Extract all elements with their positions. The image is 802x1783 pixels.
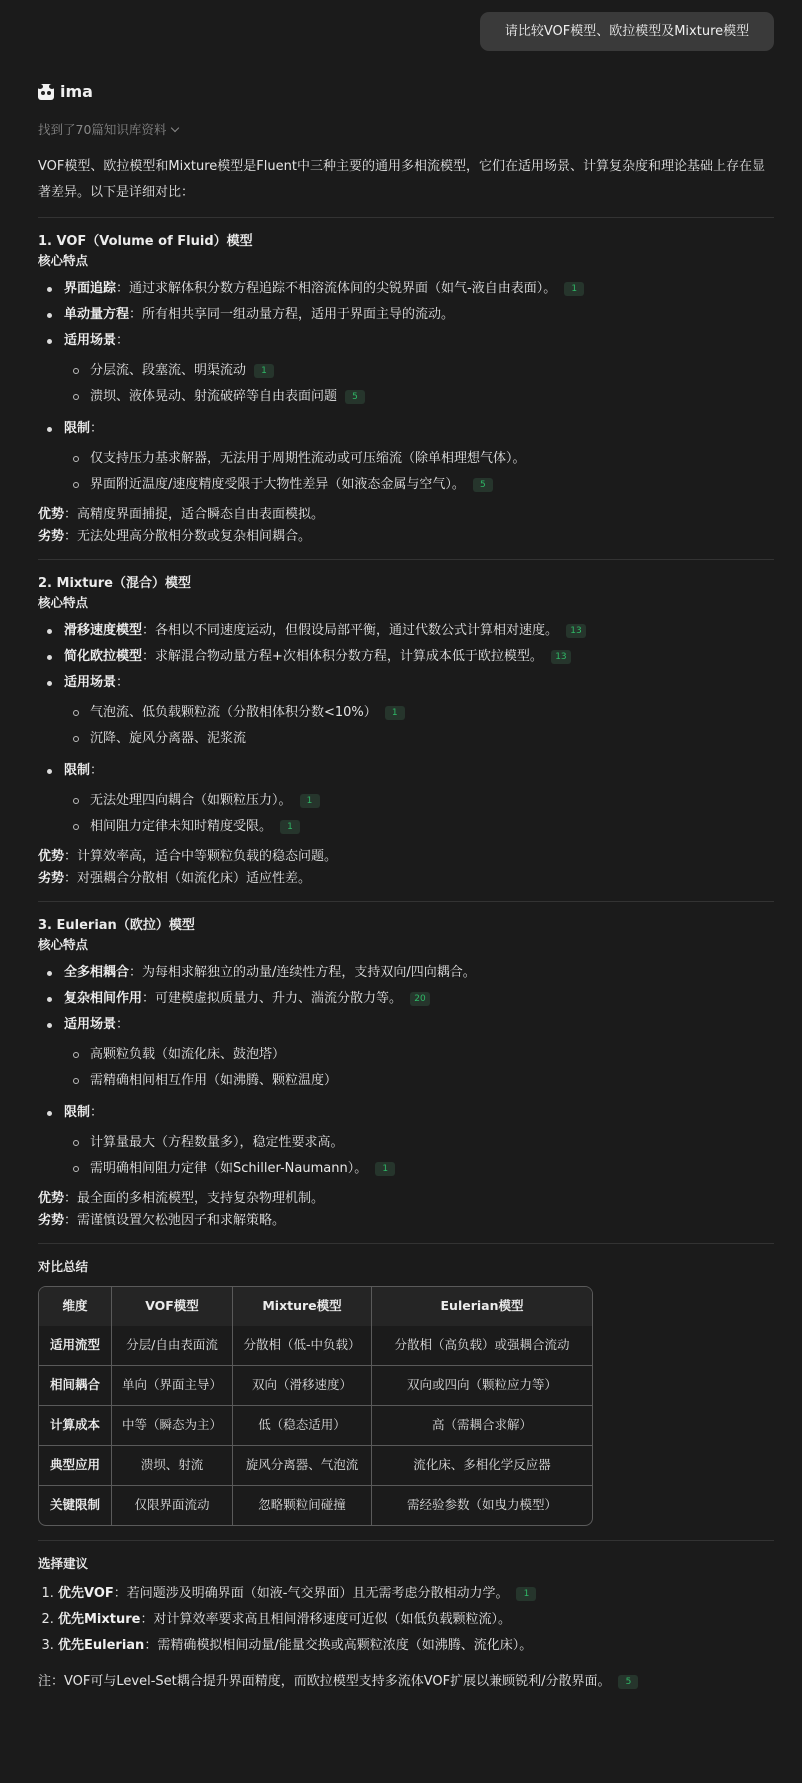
- summary-title: 对比总结: [38, 1258, 774, 1276]
- cons-label: 劣势: [38, 1213, 64, 1228]
- limit-item: 无法处理四向耦合（如颗粒压力）。1: [64, 788, 774, 814]
- divider: [38, 217, 774, 218]
- limits-item: 限制：无法处理四向耦合（如颗粒压力）。1相间阻力定律未知时精度受限。1: [38, 758, 774, 840]
- table-header-cell: Mixture模型: [233, 1287, 372, 1326]
- knowledge-base-count: 找到了70篇知识库资料: [38, 121, 166, 140]
- feature-list: 界面追踪：通过求解体积分数方程追踪不相溶流体间的尖锐界面（如气-液自由表面）。1…: [38, 276, 774, 498]
- feature-text: ：所有相共享同一组动量方程，适用于界面主导的流动。: [129, 307, 454, 322]
- scenarios-item: 适用场景：高颗粒负载（如流化床、鼓泡塔）需精确相间相互作用（如沸腾、颗粒温度）: [38, 1012, 774, 1094]
- table-cell: 旋风分离器、气泡流: [233, 1446, 372, 1486]
- scenarios-list: 分层流、段塞流、明渠流动1溃坝、液体晃动、射流破碎等自由表面问题5: [64, 358, 774, 410]
- divider: [38, 1540, 774, 1541]
- feature-label: 单动量方程: [64, 307, 129, 322]
- limits-item: 限制：仅支持压力基求解器，无法用于周期性流动或可压缩流（除单相理想气体）。界面附…: [38, 416, 774, 498]
- limit-text: 界面附近温度/速度精度受限于大物性差异（如液态金属与空气）。: [90, 477, 465, 492]
- citation-badge[interactable]: 1: [564, 282, 584, 296]
- divider: [38, 559, 774, 560]
- note-paragraph: 注：VOF可与Level-Set耦合提升界面精度，而欧拉模型支持多流体VOF扩展…: [38, 1669, 774, 1695]
- recommendation-item: 优先Eulerian：需精确模拟相间动量/能量交换或高颗粒浓度（如沸腾、流化床）…: [58, 1633, 774, 1659]
- table-cell: 忽略颗粒间碰撞: [233, 1486, 372, 1525]
- recommendations-title: 选择建议: [38, 1555, 774, 1573]
- pros-line: 优势：计算效率高，适合中等颗粒负载的稳态问题。: [38, 846, 774, 868]
- feature-item: 复杂相间作用：可建模虚拟质量力、升力、湍流分散力等。20: [38, 986, 774, 1012]
- section-title: 3. Eulerian（欧拉）模型: [38, 916, 774, 936]
- recommendation-item: 优先Mixture：对计算效率要求高且相间滑移速度可近似（如低负载颗粒流）。: [58, 1607, 774, 1633]
- scenarios-label: 适用场景: [64, 675, 116, 690]
- recommendation-text: ：若问题涉及明确界面（如液-气交界面）且无需考虑分散相动力学。: [114, 1586, 509, 1601]
- table-row-header: 典型应用: [39, 1446, 112, 1486]
- table-cell: 分层/自由表面流: [112, 1326, 233, 1366]
- table-cell: 流化床、多相化学反应器: [372, 1446, 592, 1486]
- pros-text: ：计算效率高，适合中等颗粒负载的稳态问题。: [64, 849, 337, 864]
- pros-text: ：最全面的多相流模型，支持复杂物理机制。: [64, 1191, 324, 1206]
- citation-badge[interactable]: 1: [385, 706, 405, 720]
- chevron-down-icon: [171, 124, 179, 132]
- table-cell: 高（需耦合求解）: [372, 1406, 592, 1446]
- table-cell: 分散相（低-中负载）: [233, 1326, 372, 1366]
- citation-badge[interactable]: 13: [566, 624, 586, 638]
- table-cell: 双向（滑移速度）: [233, 1366, 372, 1406]
- model-section: 3. Eulerian（欧拉）模型核心特点全多相耦合：为每相求解独立的动量/连续…: [38, 901, 774, 1232]
- section-title: 1. VOF（Volume of Fluid）模型: [38, 232, 774, 252]
- scenario-text: 高颗粒负载（如流化床、鼓泡塔）: [90, 1047, 285, 1062]
- assistant-header: ima: [38, 80, 774, 104]
- limit-text: 相间阻力定律未知时精度受限。: [90, 819, 272, 834]
- citation-badge[interactable]: 1: [254, 364, 274, 378]
- pros-label: 优势: [38, 849, 64, 864]
- intro-paragraph: VOF模型、欧拉模型和Mixture模型是Fluent中三种主要的通用多相流模型…: [38, 154, 774, 206]
- feature-item: 简化欧拉模型：求解混合物动量方程+次相体积分数方程，计算成本低于欧拉模型。13: [38, 644, 774, 670]
- cons-label: 劣势: [38, 529, 64, 544]
- pros-text: ：高精度界面捕捉，适合瞬态自由表面模拟。: [64, 507, 324, 522]
- cons-label: 劣势: [38, 871, 64, 886]
- limit-text: 需明确相间阻力定律（如Schiller-Naumann）。: [90, 1161, 367, 1176]
- limit-item: 计算量最大（方程数量多），稳定性要求高。: [64, 1130, 774, 1156]
- scenarios-label: 适用场景: [64, 1017, 116, 1032]
- limit-item: 需明确相间阻力定律（如Schiller-Naumann）。1: [64, 1156, 774, 1182]
- table-cell: 分散相（高负载）或强耦合流动: [372, 1326, 592, 1366]
- recommendation-item: 优先VOF：若问题涉及明确界面（如液-气交界面）且无需考虑分散相动力学。1: [58, 1581, 774, 1607]
- feature-label: 复杂相间作用: [64, 991, 142, 1006]
- table-row: 计算成本中等（瞬态为主）低（稳态适用）高（需耦合求解）: [39, 1406, 592, 1446]
- cons-line: 劣势：对强耦合分散相（如流化床）适应性差。: [38, 868, 774, 890]
- scenario-item: 溃坝、液体晃动、射流破碎等自由表面问题5: [64, 384, 774, 410]
- table-header-cell: VOF模型: [112, 1287, 233, 1326]
- pros-label: 优势: [38, 1191, 64, 1206]
- model-section: 2. Mixture（混合）模型核心特点滑移速度模型：各相以不同速度运动，但假设…: [38, 559, 774, 890]
- recommendation-label: 优先VOF: [58, 1586, 114, 1601]
- limit-item: 仅支持压力基求解器，无法用于周期性流动或可压缩流（除单相理想气体）。: [64, 446, 774, 472]
- limits-label: 限制: [64, 1105, 90, 1120]
- citation-badge[interactable]: 1: [300, 794, 320, 808]
- assistant-name: ima: [60, 80, 93, 104]
- assistant-response: ima 找到了70篇知识库资料 VOF模型、欧拉模型和Mixture模型是Flu…: [38, 80, 774, 1695]
- section-subtitle: 核心特点: [38, 594, 774, 612]
- limits-list: 仅支持压力基求解器，无法用于周期性流动或可压缩流（除单相理想气体）。界面附近温度…: [64, 446, 774, 498]
- user-message-text: 请比较VOF模型、欧拉模型及Mixture模型: [505, 22, 749, 42]
- citation-badge[interactable]: 5: [473, 478, 493, 492]
- scenario-item: 气泡流、低负载颗粒流（分散相体积分数<10%）1: [64, 700, 774, 726]
- citation-badge[interactable]: 1: [280, 820, 300, 834]
- pros-line: 优势：高精度界面捕捉，适合瞬态自由表面模拟。: [38, 504, 774, 526]
- limits-item: 限制：计算量最大（方程数量多），稳定性要求高。需明确相间阻力定律（如Schill…: [38, 1100, 774, 1182]
- scenarios-item: 适用场景：分层流、段塞流、明渠流动1溃坝、液体晃动、射流破碎等自由表面问题5: [38, 328, 774, 410]
- table-row-header: 相间耦合: [39, 1366, 112, 1406]
- citation-badge[interactable]: 13: [551, 650, 571, 664]
- table-cell: 低（稳态适用）: [233, 1406, 372, 1446]
- table-row: 典型应用溃坝、射流旋风分离器、气泡流流化床、多相化学反应器: [39, 1446, 592, 1486]
- model-section: 1. VOF（Volume of Fluid）模型核心特点界面追踪：通过求解体积…: [38, 217, 774, 548]
- limits-label: 限制: [64, 763, 90, 778]
- recommendations-list: 优先VOF：若问题涉及明确界面（如液-气交界面）且无需考虑分散相动力学。1优先M…: [38, 1581, 774, 1659]
- feature-text: ：求解混合物动量方程+次相体积分数方程，计算成本低于欧拉模型。: [142, 649, 543, 664]
- limits-label: 限制: [64, 421, 90, 436]
- section-subtitle: 核心特点: [38, 936, 774, 954]
- table-header-cell: Eulerian模型: [372, 1287, 592, 1326]
- scenario-item: 需精确相间相互作用（如沸腾、颗粒温度）: [64, 1068, 774, 1094]
- cons-text: ：对强耦合分散相（如流化床）适应性差。: [64, 871, 311, 886]
- scenarios-list: 气泡流、低负载颗粒流（分散相体积分数<10%）1沉降、旋风分离器、泥浆流: [64, 700, 774, 752]
- feature-item: 单动量方程：所有相共享同一组动量方程，适用于界面主导的流动。: [38, 302, 774, 328]
- limit-text: 无法处理四向耦合（如颗粒压力）。: [90, 793, 292, 808]
- pros-label: 优势: [38, 507, 64, 522]
- note-text: 注：VOF可与Level-Set耦合提升界面精度，而欧拉模型支持多流体VOF扩展…: [38, 1674, 610, 1689]
- feature-item: 界面追踪：通过求解体积分数方程追踪不相溶流体间的尖锐界面（如气-液自由表面）。1: [38, 276, 774, 302]
- scenario-item: 高颗粒负载（如流化床、鼓泡塔）: [64, 1042, 774, 1068]
- scenario-text: 沉降、旋风分离器、泥浆流: [90, 731, 246, 746]
- feature-text: ：为每相求解独立的动量/连续性方程，支持双向/四向耦合。: [129, 965, 476, 980]
- table-cell: 仅限界面流动: [112, 1486, 233, 1525]
- scenario-text: 分层流、段塞流、明渠流动: [90, 363, 246, 378]
- citation-badge[interactable]: 1: [375, 1162, 395, 1176]
- limit-text: 仅支持压力基求解器，无法用于周期性流动或可压缩流（除单相理想气体）。: [90, 451, 526, 466]
- table-row-header: 适用流型: [39, 1326, 112, 1366]
- scenarios-list: 高颗粒负载（如流化床、鼓泡塔）需精确相间相互作用（如沸腾、颗粒温度）: [64, 1042, 774, 1094]
- section-title: 2. Mixture（混合）模型: [38, 574, 774, 594]
- citation-badge[interactable]: 5: [618, 1675, 638, 1689]
- comparison-table: 维度 VOF模型 Mixture模型 Eulerian模型 适用流型分层/自由表…: [38, 1286, 593, 1526]
- limit-item: 界面附近温度/速度精度受限于大物性差异（如液态金属与空气）。5: [64, 472, 774, 498]
- scenario-text: 溃坝、液体晃动、射流破碎等自由表面问题: [90, 389, 337, 404]
- table-row: 关键限制仅限界面流动忽略颗粒间碰撞需经验参数（如曳力模型）: [39, 1486, 592, 1525]
- table-header-cell: 维度: [39, 1287, 112, 1326]
- scenario-text: 气泡流、低负载颗粒流（分散相体积分数<10%）: [90, 705, 377, 720]
- table-cell: 需经验参数（如曳力模型）: [372, 1486, 592, 1525]
- recommendation-text: ：对计算效率要求高且相间滑移速度可近似（如低负载颗粒流）。: [140, 1612, 511, 1627]
- feature-label: 界面追踪: [64, 281, 116, 296]
- scenarios-item: 适用场景：气泡流、低负载颗粒流（分散相体积分数<10%）1沉降、旋风分离器、泥浆…: [38, 670, 774, 752]
- limits-list: 无法处理四向耦合（如颗粒压力）。1相间阻力定律未知时精度受限。1: [64, 788, 774, 840]
- panda-icon: [38, 84, 54, 100]
- table-cell: 溃坝、射流: [112, 1446, 233, 1486]
- feature-label: 全多相耦合: [64, 965, 129, 980]
- table-cell: 双向或四向（颗粒应力等）: [372, 1366, 592, 1406]
- feature-label: 滑移速度模型: [64, 623, 142, 638]
- feature-item: 全多相耦合：为每相求解独立的动量/连续性方程，支持双向/四向耦合。: [38, 960, 774, 986]
- feature-text: ：通过求解体积分数方程追踪不相溶流体间的尖锐界面（如气-液自由表面）。: [116, 281, 556, 296]
- table-row: 相间耦合单向（界面主导）双向（滑移速度）双向或四向（颗粒应力等）: [39, 1366, 592, 1406]
- feature-text: ：各相以不同速度运动，但假设局部平衡，通过代数公式计算相对速度。: [142, 623, 558, 638]
- scenario-item: 分层流、段塞流、明渠流动1: [64, 358, 774, 384]
- table-row-header: 计算成本: [39, 1406, 112, 1446]
- recommendation-label: 优先Mixture: [58, 1612, 140, 1627]
- citation-badge[interactable]: 5: [345, 390, 365, 404]
- section-subtitle: 核心特点: [38, 252, 774, 270]
- pros-line: 优势：最全面的多相流模型，支持复杂物理机制。: [38, 1188, 774, 1210]
- citation-badge[interactable]: 20: [410, 992, 430, 1006]
- user-message-bubble: 请比较VOF模型、欧拉模型及Mixture模型: [480, 12, 774, 51]
- table-row: 适用流型分层/自由表面流分散相（低-中负载）分散相（高负载）或强耦合流动: [39, 1326, 592, 1366]
- limit-text: 计算量最大（方程数量多），稳定性要求高。: [90, 1135, 344, 1150]
- table-header-row: 维度 VOF模型 Mixture模型 Eulerian模型: [39, 1287, 592, 1326]
- feature-label: 简化欧拉模型: [64, 649, 142, 664]
- divider: [38, 1243, 774, 1244]
- feature-list: 滑移速度模型：各相以不同速度运动，但假设局部平衡，通过代数公式计算相对速度。13…: [38, 618, 774, 840]
- feature-text: ：可建模虚拟质量力、升力、湍流分散力等。: [142, 991, 402, 1006]
- recommendation-label: 优先Eulerian: [58, 1638, 144, 1653]
- limit-item: 相间阻力定律未知时精度受限。1: [64, 814, 774, 840]
- cons-text: ：需谨慎设置欠松弛因子和求解策略。: [64, 1213, 285, 1228]
- table-row-header: 关键限制: [39, 1486, 112, 1525]
- scenario-item: 沉降、旋风分离器、泥浆流: [64, 726, 774, 752]
- table-cell: 中等（瞬态为主）: [112, 1406, 233, 1446]
- scenarios-label: 适用场景: [64, 333, 116, 348]
- feature-list: 全多相耦合：为每相求解独立的动量/连续性方程，支持双向/四向耦合。复杂相间作用：…: [38, 960, 774, 1182]
- cons-line: 劣势：无法处理高分散相分数或复杂相间耦合。: [38, 526, 774, 548]
- recommendation-text: ：需精确模拟相间动量/能量交换或高颗粒浓度（如沸腾、流化床）。: [144, 1638, 532, 1653]
- limits-list: 计算量最大（方程数量多），稳定性要求高。需明确相间阻力定律（如Schiller-…: [64, 1130, 774, 1182]
- feature-item: 滑移速度模型：各相以不同速度运动，但假设局部平衡，通过代数公式计算相对速度。13: [38, 618, 774, 644]
- divider: [38, 901, 774, 902]
- citation-badge[interactable]: 1: [516, 1587, 536, 1601]
- cons-text: ：无法处理高分散相分数或复杂相间耦合。: [64, 529, 311, 544]
- cons-line: 劣势：需谨慎设置欠松弛因子和求解策略。: [38, 1210, 774, 1232]
- scenario-text: 需精确相间相互作用（如沸腾、颗粒温度）: [90, 1073, 337, 1088]
- table-cell: 单向（界面主导）: [112, 1366, 233, 1406]
- knowledge-base-toggle[interactable]: 找到了70篇知识库资料: [38, 120, 774, 140]
